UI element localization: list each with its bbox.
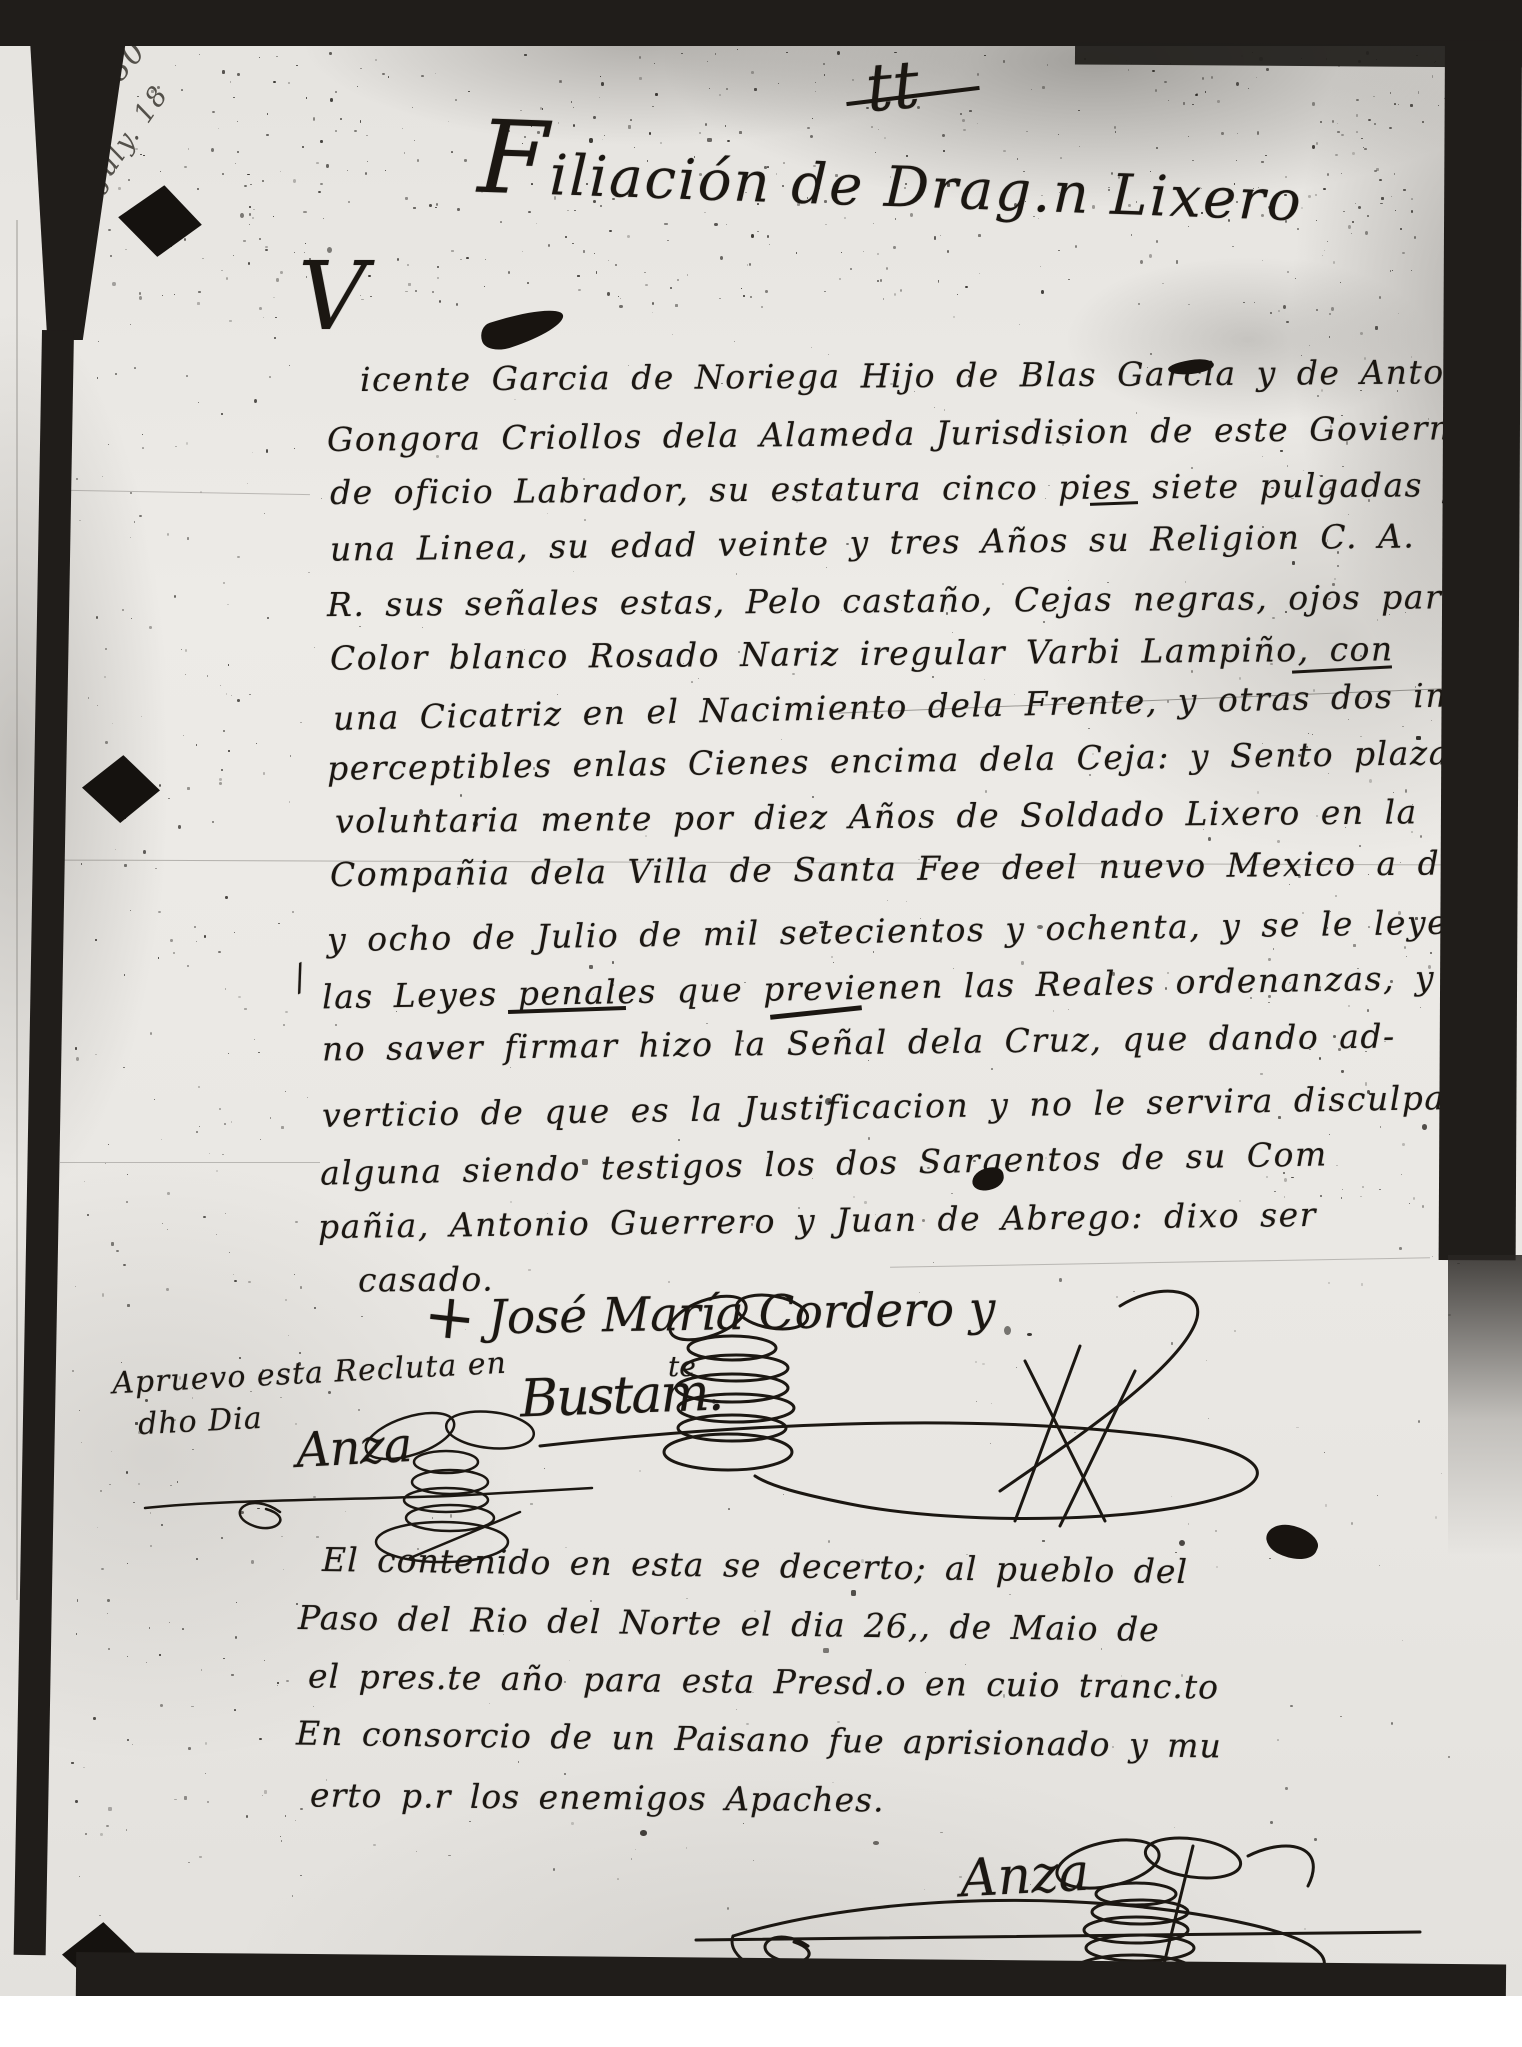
noise-dot (601, 82, 604, 85)
noise-dot (186, 442, 188, 445)
noise-dot (225, 1213, 226, 1214)
noise-dot (1188, 304, 1190, 306)
noise-dot (281, 1126, 284, 1129)
noise-dot (225, 988, 227, 990)
noise-dot (761, 306, 763, 308)
noise-dot (307, 1097, 308, 1099)
noise-dot (578, 289, 581, 291)
noise-dot (194, 926, 196, 928)
noise-dot (159, 784, 161, 787)
noise-dot (126, 1471, 128, 1474)
noise-dot (991, 1068, 994, 1070)
noise-dot (1266, 1176, 1268, 1178)
noise-dot (321, 498, 322, 499)
noise-dot (95, 939, 98, 941)
noise-dot (228, 750, 231, 752)
noise-dot (1266, 68, 1268, 71)
noise-dot (218, 128, 219, 129)
noise-dot (743, 295, 745, 297)
noise-dot (500, 221, 502, 223)
noise-dot (173, 952, 175, 954)
noise-dot (204, 935, 207, 938)
noise-dot (283, 1024, 285, 1026)
noise-dot (293, 179, 296, 183)
noise-dot (256, 743, 257, 744)
noise-dot (199, 1126, 200, 1128)
noise-dot (264, 1660, 265, 1661)
noise-dot (105, 741, 108, 744)
noise-dot (199, 1856, 202, 1858)
noise-dot (202, 258, 204, 260)
noise-dot (300, 1286, 303, 1289)
noise-dot (615, 264, 617, 266)
noise-dot (112, 723, 113, 724)
noise-dot (199, 54, 200, 55)
manuscript-line: Gongora Criollos dela Alameda Jurisdisio… (327, 408, 1473, 459)
noise-dot (314, 1307, 316, 1309)
noise-dot (285, 1091, 286, 1092)
noise-dot (229, 320, 232, 322)
noise-dot (1402, 726, 1404, 727)
noise-dot (934, 236, 937, 239)
noise-dot (306, 97, 308, 99)
noise-dot (75, 1800, 78, 1803)
noise-dot (726, 88, 728, 90)
noise-dot (824, 291, 826, 293)
noise-dot (292, 911, 294, 913)
noise-dot (1328, 1282, 1331, 1284)
noise-dot (720, 256, 723, 260)
noise-dot (102, 476, 103, 477)
noise-dot (932, 676, 935, 678)
noise-dot (182, 1628, 185, 1630)
noise-dot (227, 604, 229, 605)
noise-dot (969, 110, 972, 113)
noise-dot (188, 1862, 190, 1863)
noise-dot (1183, 102, 1185, 104)
noise-dot (1331, 307, 1334, 311)
noise-dot (300, 1808, 302, 1810)
noise-dot (880, 279, 883, 282)
noise-dot (455, 99, 457, 101)
noise-dot (747, 264, 749, 266)
noise-dot (106, 1825, 109, 1827)
noise-dot (1058, 250, 1060, 252)
noise-dot (107, 1613, 108, 1614)
noise-dot (222, 1154, 224, 1155)
noise-dot (667, 240, 669, 241)
noise-dot (252, 217, 255, 220)
noise-dot (98, 341, 99, 342)
noise-dot (154, 1099, 156, 1101)
noise-dot (385, 170, 386, 171)
noise-dot (536, 223, 537, 224)
noise-dot (127, 1304, 130, 1307)
noise-dot (1284, 1178, 1287, 1182)
noise-dot (1068, 279, 1070, 281)
noise-dot (237, 73, 240, 76)
noise-dot (130, 537, 131, 538)
noise-dot (851, 1590, 857, 1596)
noise-dot (652, 302, 654, 305)
drop-cap: V (298, 242, 367, 352)
noise-dot (340, 118, 342, 120)
noise-dot (524, 54, 527, 56)
noise-dot (127, 1563, 128, 1564)
noise-dot (715, 53, 717, 55)
noise-dot (1290, 1705, 1293, 1707)
noise-dot (102, 1293, 105, 1296)
noise-dot (76, 1057, 79, 1061)
noise-dot (422, 627, 423, 628)
noise-dot (216, 1234, 218, 1235)
noise-dot (243, 240, 246, 242)
noise-dot (335, 130, 338, 132)
noise-dot (222, 173, 224, 175)
noise-dot (149, 1627, 151, 1629)
noise-dot (1324, 1452, 1326, 1453)
scan-border-left (14, 330, 74, 1955)
noise-dot (934, 407, 935, 408)
noise-dot (174, 595, 176, 598)
noise-dot (270, 1117, 271, 1119)
noise-dot (1356, 99, 1359, 101)
noise-dot (247, 174, 250, 176)
noise-dot (1365, 231, 1368, 235)
noise-dot (1040, 266, 1041, 267)
noise-dot (124, 864, 127, 868)
noise-dot (142, 447, 145, 449)
noise-dot (435, 73, 436, 74)
noise-dot (484, 286, 485, 287)
noise-dot (873, 951, 875, 953)
noise-dot (170, 939, 173, 942)
noise-dot (451, 151, 453, 153)
noise-dot (234, 932, 235, 933)
noise-dot (108, 229, 111, 231)
noise-dot (1191, 670, 1193, 673)
noise-dot (1164, 81, 1167, 84)
noise-dot (262, 1795, 263, 1796)
noise-dot (1420, 835, 1423, 839)
noise-dot (1205, 91, 1206, 92)
noise-dot (1320, 121, 1322, 123)
noise-dot (734, 341, 736, 342)
noise-dot (347, 170, 348, 171)
noise-dot (191, 1706, 193, 1707)
noise-dot (460, 259, 462, 260)
signature-cross: + (420, 1277, 479, 1355)
noise-dot (1031, 89, 1032, 90)
noise-dot (335, 1024, 337, 1026)
noise-dot (1406, 956, 1408, 957)
noise-dot (421, 75, 423, 77)
noise-dot (266, 134, 269, 137)
noise-dot (639, 77, 642, 80)
noise-dot (1392, 270, 1393, 271)
noise-dot (1410, 104, 1413, 108)
noise-dot (1320, 1195, 1322, 1197)
noise-dot (159, 1654, 161, 1656)
noise-dot (228, 664, 230, 666)
noise-dot (938, 282, 939, 283)
noise-dot (514, 399, 515, 401)
noise-dot (250, 184, 251, 185)
noise-dot (1409, 1203, 1410, 1204)
noise-dot (225, 896, 228, 900)
noise-dot (469, 1821, 471, 1823)
noise-dot (1309, 345, 1310, 346)
noise-dot (231, 1674, 234, 1676)
noise-dot (408, 283, 410, 285)
noise-dot (448, 121, 449, 122)
noise-dot (294, 1274, 295, 1275)
noise-dot (850, 268, 852, 270)
noise-dot (893, 246, 896, 250)
noise-dot (196, 941, 197, 942)
noise-dot (677, 279, 679, 281)
noise-dot (196, 1131, 198, 1133)
noise-dot (655, 93, 658, 97)
noise-dot (160, 1704, 163, 1707)
noise-dot (1438, 105, 1440, 106)
noise-dot (852, 79, 855, 81)
manuscript-line: voluntaria mente por diez Años de Soldad… (335, 792, 1418, 840)
manuscript-line: una Linea, su edad veinte y tres Años su… (330, 516, 1416, 568)
noise-dot (174, 1799, 177, 1801)
noise-dot (235, 1636, 238, 1639)
noise-dot (108, 1144, 109, 1145)
noise-dot (127, 1656, 128, 1657)
noise-dot (118, 187, 121, 191)
noise-dot (1232, 246, 1234, 247)
noise-dot (468, 91, 470, 93)
noise-dot (280, 1836, 282, 1837)
noise-dot (402, 128, 403, 129)
manuscript-line: y ocho de Julio de mil setecientos y och… (327, 902, 1510, 960)
noise-dot (273, 81, 276, 83)
noise-dot (1376, 168, 1379, 171)
noise-dot (1411, 210, 1413, 212)
noise-dot (736, 1709, 737, 1710)
noise-dot (134, 521, 135, 522)
noise-dot (528, 1269, 531, 1271)
noise-dot (1009, 1594, 1011, 1596)
noise-dot (1176, 260, 1178, 263)
noise-dot (1316, 309, 1318, 311)
noise-dot (1308, 733, 1309, 734)
noise-dot (262, 180, 264, 182)
noise-dot (460, 794, 463, 797)
noise-dot (286, 1680, 288, 1682)
noise-dot (1379, 1565, 1380, 1566)
noise-dot (234, 1280, 237, 1282)
noise-dot (87, 1214, 89, 1217)
noise-dot (596, 271, 598, 273)
noise-dot (122, 609, 124, 611)
noise-dot (1043, 621, 1045, 623)
noise-dot (1398, 313, 1399, 314)
noise-dot (300, 722, 302, 723)
noise-dot (318, 191, 321, 193)
noise-dot (226, 277, 229, 281)
noise-dot (698, 678, 699, 679)
noise-dot (274, 337, 276, 340)
noise-dot (187, 537, 189, 540)
noise-dot (1422, 1205, 1425, 1208)
noise-dot (198, 402, 199, 403)
noise-dot (237, 556, 240, 559)
noise-dot (584, 519, 587, 521)
noise-dot (329, 52, 331, 55)
noise-dot (1395, 210, 1396, 211)
noise-dot (143, 155, 145, 157)
noise-dot (751, 71, 754, 74)
noise-dot (233, 1274, 235, 1276)
postscript-line: el pres.te año para esta Presd.o en cuio… (308, 1656, 1219, 1706)
noise-dot (168, 798, 170, 800)
noise-dot (831, 956, 833, 958)
noise-dot (1262, 456, 1263, 457)
noise-dot (1323, 188, 1326, 190)
noise-dot (828, 1540, 830, 1543)
noise-dot (691, 681, 694, 683)
noise-dot (1340, 282, 1341, 283)
margin-slash-mark: / (286, 957, 313, 998)
noise-dot (1379, 1189, 1381, 1191)
postscript-line: En consorcio de un Paisano fue aprisiona… (296, 1714, 1222, 1766)
noise-dot (906, 901, 907, 902)
noise-dot (1256, 77, 1257, 78)
noise-dot (139, 515, 141, 517)
noise-dot (565, 236, 568, 238)
noise-dot (1355, 203, 1356, 204)
noise-dot (594, 253, 596, 254)
manuscript-line: de oficio Labrador, su estatura cinco pi… (330, 465, 1463, 512)
noise-dot (749, 263, 751, 266)
noise-dot (368, 275, 371, 277)
noise-dot (354, 130, 357, 132)
noise-dot (1441, 1473, 1442, 1474)
noise-dot (139, 296, 142, 300)
noise-dot (824, 74, 825, 75)
noise-dot (149, 626, 152, 629)
noise-dot (85, 1833, 87, 1835)
noise-dot (1391, 1722, 1394, 1725)
noise-dot (222, 70, 225, 74)
noise-dot (244, 1008, 247, 1010)
noise-dot (1374, 123, 1377, 125)
noise-dot (979, 273, 980, 274)
noise-dot (219, 782, 222, 785)
noise-dot (1075, 245, 1077, 248)
noise-dot (405, 291, 407, 293)
noise-dot (212, 821, 215, 823)
photocopy-page: { "colors": { "paper": "#e9e7e3", "ink":… (0, 0, 1522, 2047)
noise-dot (600, 76, 601, 77)
noise-dot (1369, 779, 1372, 783)
noise-dot (1042, 1540, 1045, 1542)
noise-dot (1390, 92, 1391, 93)
crease-line (70, 490, 310, 495)
noise-dot (1402, 1143, 1405, 1147)
noise-dot (187, 965, 188, 967)
noise-dot (826, 567, 827, 568)
noise-dot (1400, 228, 1402, 231)
noise-dot (220, 685, 222, 686)
noise-dot (1101, 1648, 1103, 1650)
noise-dot (1312, 102, 1315, 105)
noise-dot (263, 317, 264, 318)
noise-dot (877, 253, 879, 256)
noise-dot (265, 246, 268, 248)
noise-dot (437, 277, 439, 279)
noise-dot (233, 97, 235, 98)
noise-dot (686, 1598, 688, 1599)
noise-dot (1360, 332, 1363, 335)
noise-dot (226, 693, 227, 695)
noise-dot (1277, 1739, 1278, 1741)
noise-dot (288, 1335, 289, 1336)
noise-dot (267, 113, 268, 115)
noise-dot (212, 111, 215, 114)
noise-dot (686, 1847, 687, 1849)
noise-dot (767, 235, 770, 238)
noise-dot (230, 81, 231, 83)
noise-dot (518, 1761, 520, 1763)
noise-dot (839, 278, 841, 280)
noise-dot (439, 300, 441, 303)
noise-dot (75, 1047, 77, 1050)
noise-dot (644, 272, 645, 273)
noise-dot (388, 76, 390, 77)
noise-dot (294, 448, 295, 449)
noise-dot (1192, 104, 1193, 106)
noise-dot (1277, 840, 1280, 843)
noise-dot (1377, 619, 1378, 620)
noise-dot (589, 965, 593, 969)
noise-dot (1270, 312, 1272, 314)
noise-dot (1375, 326, 1378, 330)
noise-dot (280, 1397, 282, 1398)
noise-dot (672, 334, 673, 335)
noise-dot (160, 171, 161, 172)
manuscript-line: alguna siendo testigos los dos Sargentos… (320, 1134, 1328, 1192)
noise-dot (397, 258, 399, 260)
noise-dot (300, 1875, 303, 1877)
noise-dot (132, 1744, 133, 1745)
noise-dot (221, 769, 223, 771)
noise-dot (295, 1221, 298, 1223)
noise-dot (640, 1830, 646, 1836)
noise-dot (198, 1086, 200, 1088)
noise-dot (112, 282, 115, 286)
noise-dot (158, 911, 161, 913)
noise-dot (183, 735, 184, 736)
noise-dot (414, 140, 415, 141)
noise-dot (249, 213, 252, 216)
noise-dot (121, 1362, 122, 1363)
noise-dot (1361, 138, 1363, 139)
noise-dot (1430, 952, 1432, 954)
noise-dot (985, 790, 988, 792)
noise-dot (231, 1121, 233, 1123)
noise-dot (1448, 1756, 1450, 1759)
noise-dot (178, 825, 181, 829)
noise-dot (259, 57, 260, 58)
noise-dot (1348, 1005, 1349, 1007)
noise-dot (654, 63, 656, 64)
